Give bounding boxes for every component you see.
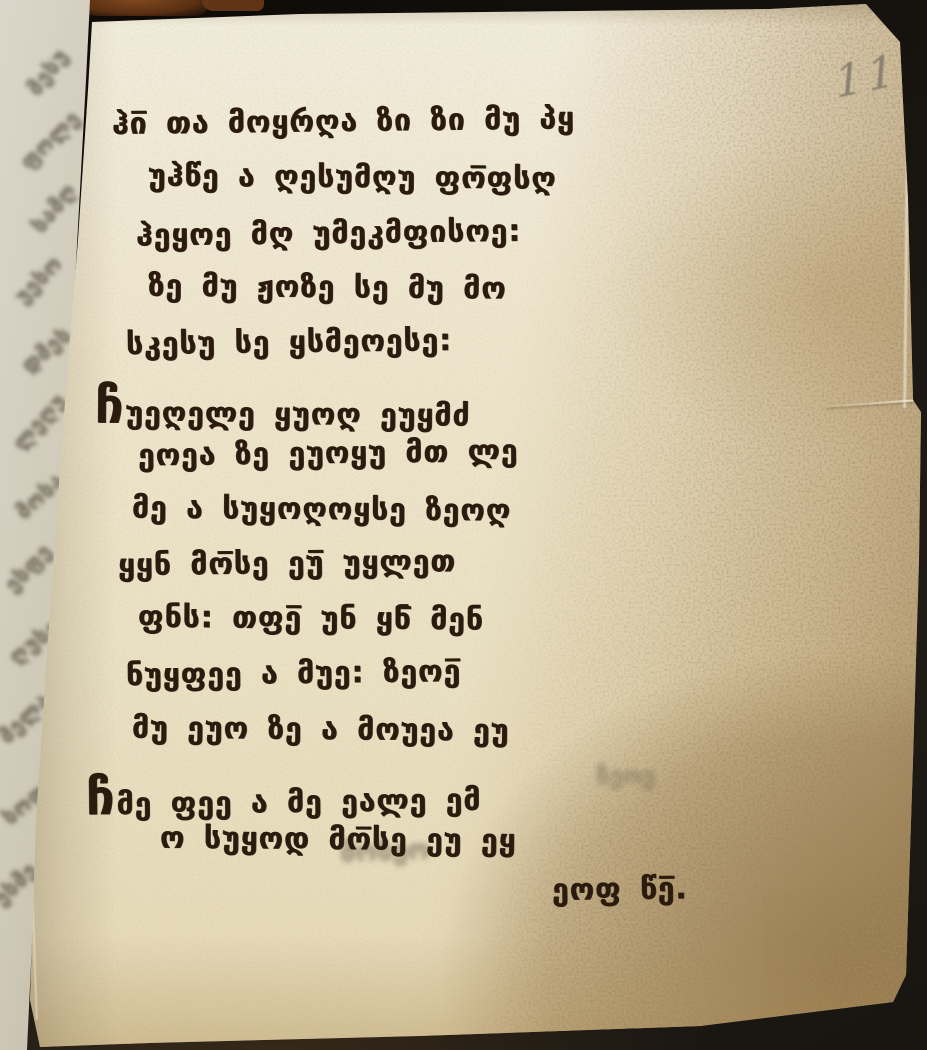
- binding-leather-edge: [80, 0, 208, 16]
- text-line-5: სკესუ სე ყსმეოესე:: [126, 323, 453, 362]
- facing-page-blurred-text: ფოლე: [16, 106, 85, 174]
- text-line-11: ნუყფეე ა მუე: ზეოე̅: [126, 654, 462, 693]
- text-line-12: მუ ეუო ზე ა მოუეა ეუ: [132, 711, 510, 749]
- facing-page-blurred-text: მესუ: [23, 44, 74, 100]
- facing-page-blurred-text: უესო: [10, 251, 67, 309]
- text-line-14: ო სუყოდ მო̅სე ეუ ეყ: [160, 821, 517, 859]
- text-line-9: ყყნ მო̅სე ეუ̅ უყლეთ: [118, 544, 457, 583]
- text-line-8: მე ა სუყოღოყსე ზეოღ: [132, 491, 512, 529]
- text-line-13: ჩმე ფეე ა მე ეალე ემ: [86, 764, 482, 827]
- ink-show-through: ზეოე: [596, 761, 656, 790]
- parchment-page: მოსეო ზეოე ჰი̅ თა მოყრღა ზი ზი მუ პყ უჰწ…: [0, 0, 927, 1050]
- manuscript-photo: მესუ ფოლე სამღ უესო დმეს ლეღუ მოსა ესფე …: [0, 0, 927, 1050]
- text-line-6: ჩუეღელე ყუოღ ეუყმძ: [95, 377, 471, 438]
- text-line-4: ზე მუ ჟოზე სე მუ მო: [148, 269, 507, 307]
- facing-page-blurred-text: ესფე: [0, 539, 57, 597]
- text-line-10: ფნს: თფე̅ უნ ყნ̅ მენ: [138, 600, 484, 638]
- text-line-1: ჰი̅ თა მოყრღა ზი ზი მუ პყ: [112, 101, 575, 142]
- text-line-15: ეოფ წე̅.: [552, 871, 688, 908]
- text-line-7: ეოეა ზე ეუოყუ მთ ლე: [138, 434, 519, 474]
- text-line-2: უჰწე ა ღესუმღუ ფო̅ფსღ: [148, 158, 557, 196]
- binding-leather-edge-small: [202, 0, 264, 11]
- facing-page-blurred-text: სამღ: [27, 179, 82, 238]
- text-line-3: ჰეყოე მღ უმეკმფისოე:: [136, 214, 522, 254]
- facing-page-blurred-text: დმეს: [17, 322, 76, 377]
